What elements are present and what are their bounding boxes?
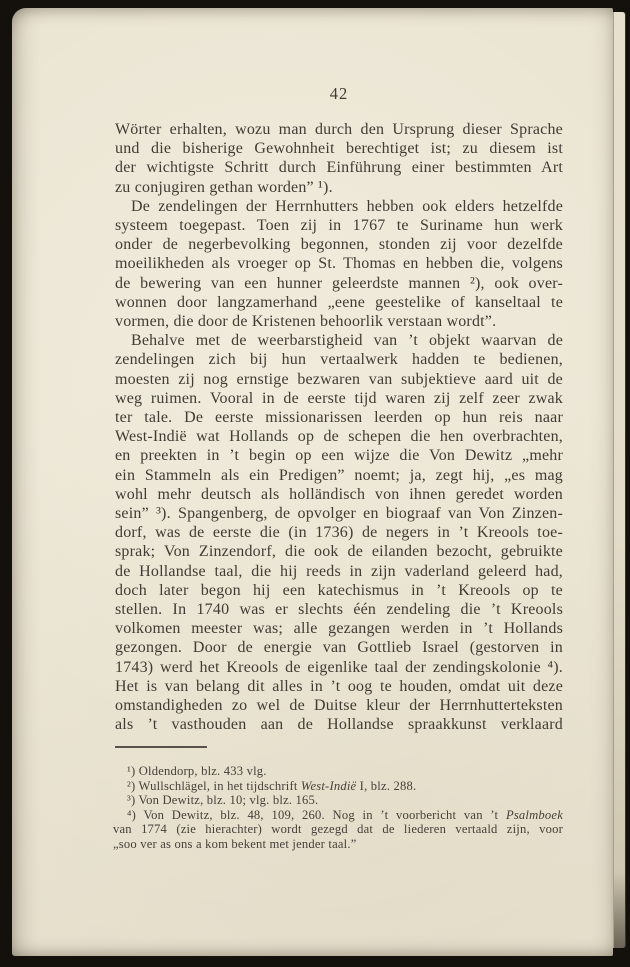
book-scan-background: 42 Wörter erhalten, wozu man durch den U… <box>0 0 630 967</box>
body-text: Wörter erhalten, wozu man durch den Ursp… <box>115 120 563 735</box>
text-line: sein” ³). Spangenberg, de opvolger en bi… <box>115 504 563 523</box>
text-line: ein Stammeln als ein Predigen” noemt; ja… <box>115 466 563 485</box>
footnote-line: ²) Wullschlägel, in het tijdschrift West… <box>113 779 563 794</box>
footnote-line: van 1774 (zie hierachter) wordt gezegd d… <box>113 822 563 837</box>
text-line: systeem toegepast. Toen zij in 1767 te S… <box>115 216 563 235</box>
text-line: als ’t vasthouden aan de Hollandse spraa… <box>115 715 563 734</box>
text-line: omstandigheden zo wel de Duitse kleur de… <box>115 696 563 715</box>
page-number: 42 <box>115 84 563 104</box>
text-line: wohl mehr deutsch als holländisch von ih… <box>115 485 563 504</box>
text-line: wonnen door langzamerhand „eene geesteli… <box>115 293 563 312</box>
text-line: West-Indië wat Hollands op de schepen di… <box>115 427 563 446</box>
text-line: dorf, was de eerste die (in 1736) de neg… <box>115 523 563 542</box>
text-line: stellen. In 1740 was er slechts één zend… <box>115 600 563 619</box>
text-line: moesten zij nog ernstige bezwaren van su… <box>115 370 563 389</box>
footnote: ³) Von Dewitz, blz. 10; vlg. blz. 165. <box>113 793 563 808</box>
footnote: ²) Wullschlägel, in het tijdschrift West… <box>113 779 563 794</box>
paragraph: De zendelingen der Herrnhutters hebben o… <box>115 197 563 331</box>
text-line: und die bisherige Gewohnheit berechtiget… <box>115 139 563 158</box>
text-line: en preekten in ’t begin op een wijze die… <box>115 446 563 465</box>
footnote-line: ⁴) Von Dewitz, blz. 48, 109, 260. Nog in… <box>113 808 563 823</box>
footnote-line: ³) Von Dewitz, blz. 10; vlg. blz. 165. <box>113 793 563 808</box>
text-line: De zendelingen der Herrnhutters hebben o… <box>115 197 563 216</box>
text-line: Wörter erhalten, wozu man durch den Ursp… <box>115 120 563 139</box>
paragraph: Wörter erhalten, wozu man durch den Ursp… <box>115 120 563 197</box>
text-line: zu conjugiren gethan worden” ¹). <box>115 178 563 197</box>
text-line: volkomen meester was; alle gezangen werd… <box>115 619 563 638</box>
footnote-rule <box>115 746 207 748</box>
footnote-line: ¹) Oldendorp, blz. 433 vlg. <box>113 764 563 779</box>
footnote-line: „soo ver as ons a kom bekent met jender … <box>113 837 563 852</box>
footnotes: ¹) Oldendorp, blz. 433 vlg.²) Wullschläg… <box>113 764 563 852</box>
text-line: gezongen. Door de energie van Gottlieb I… <box>115 638 563 657</box>
text-line: weg ruimen. Vooral in de eerste tijd war… <box>115 389 563 408</box>
paragraph: Behalve met de weerbarstigheid van ’t ob… <box>115 331 563 734</box>
text-line: doch later begon hij een katechismus in … <box>115 581 563 600</box>
text-line: de Hollandse taal, die hij reeds in zijn… <box>115 562 563 581</box>
text-line: der wichtigste Schritt durch Einführung … <box>115 158 563 177</box>
text-line: sprak; Von Zinzendorf, die ook de eiland… <box>115 542 563 561</box>
book-page: 42 Wörter erhalten, wozu man durch den U… <box>12 8 613 956</box>
footnote: ¹) Oldendorp, blz. 433 vlg. <box>113 764 563 779</box>
text-line: moeilikheden als vroeger op St. Thomas e… <box>115 254 563 273</box>
adjacent-page-edge <box>613 12 626 948</box>
text-line: de bewering van een hunner geleerdste ma… <box>115 274 563 293</box>
text-line: 1743) werd het Kreools de eigenlike taal… <box>115 658 563 677</box>
footnote: ⁴) Von Dewitz, blz. 48, 109, 260. Nog in… <box>113 808 563 852</box>
text-line: ter tale. De eerste missionarissen leerd… <box>115 408 563 427</box>
text-line: onder de negerbevolking begonnen, stonde… <box>115 235 563 254</box>
text-line: Behalve met de weerbarstigheid van ’t ob… <box>115 331 563 350</box>
text-line: Het is van belang dit alles in ’t oog te… <box>115 677 563 696</box>
text-line: zendelingen zich bij hun vertaalwerk had… <box>115 350 563 369</box>
text-line: vormen, die door de Kristenen behoorlik … <box>115 312 563 331</box>
